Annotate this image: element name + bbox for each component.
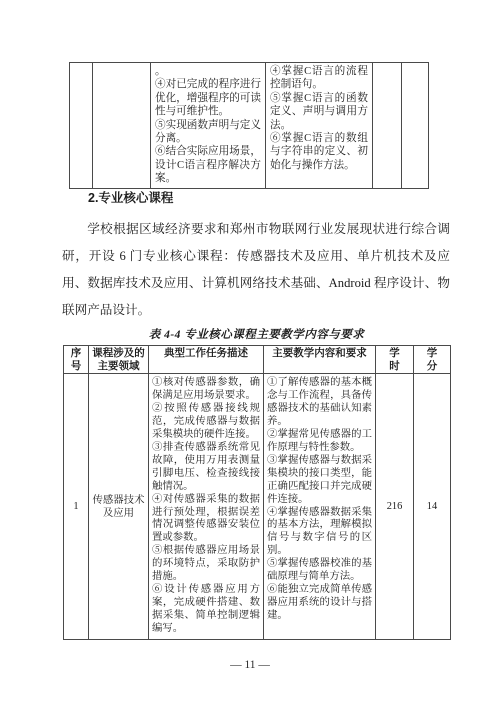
page-number: — 11 —: [0, 659, 500, 671]
domain-cell: 传感器技术及应用: [89, 374, 149, 640]
table-row: 1 传感器技术及应用 ①核对传感器参数，确保满足应用场景要求。 ②按照传感器接线…: [64, 374, 451, 640]
contents-cell: ④掌握C语言的流程控制语句。 ⑤掌握C语言的函数定义、声明与调用方法。 ⑥掌握C…: [266, 63, 373, 189]
core-course-table: 序 号 课程涉及的 主要领域 典型工作任务描述 主要教学内容和要求 学 时 学 …: [63, 345, 451, 640]
domain-cell: [93, 63, 151, 189]
document-page: 。 ④对已完成的程序进行优化，增强程序的可读性与可维护性。 ⑤实现函数声明与定义…: [0, 0, 500, 707]
tasks-cell: 。 ④对已完成的程序进行优化，增强程序的可读性与可维护性。 ⑤实现函数声明与定义…: [151, 63, 266, 189]
continuation-table: 。 ④对已完成的程序进行优化，增强程序的可读性与可维护性。 ⑤实现函数声明与定义…: [69, 62, 429, 189]
header-contents: 主要教学内容和要求: [264, 346, 376, 374]
header-hours: 学 时: [376, 346, 414, 374]
contents-cell: ①了解传感器的基本概念与工作流程，具备传感器技术的基础认知素养。 ②掌握常见传感…: [264, 374, 376, 640]
hours-cell: [373, 63, 402, 189]
table-header-row: 序 号 课程涉及的 主要领域 典型工作任务描述 主要教学内容和要求 学 时 学 …: [64, 346, 451, 374]
serial-cell: 1: [64, 374, 89, 640]
table-caption: 表 4-4 专业核心课程主要教学内容与要求: [63, 326, 450, 342]
body-paragraph: 学校根据区域经济要求和郑州市物联网行业发展现状进行综合调研，开设 6 门专业核心…: [62, 216, 450, 324]
tasks-cell: ①核对传感器参数，确保满足应用场景要求。 ②按照传感器接线规范，完成传感器与数据…: [149, 374, 264, 640]
credits-cell: [402, 63, 429, 189]
hours-cell: 216: [376, 374, 414, 640]
table-row: 。 ④对已完成的程序进行优化，增强程序的可读性与可维护性。 ⑤实现函数声明与定义…: [70, 63, 429, 189]
header-domain: 课程涉及的 主要领域: [89, 346, 149, 374]
section-heading: 2.专业核心课程: [88, 191, 173, 206]
header-credits: 学 分: [414, 346, 451, 374]
header-tasks: 典型工作任务描述: [149, 346, 264, 374]
serial-cell: [70, 63, 93, 189]
header-serial: 序 号: [64, 346, 89, 374]
credits-cell: 14: [414, 374, 451, 640]
